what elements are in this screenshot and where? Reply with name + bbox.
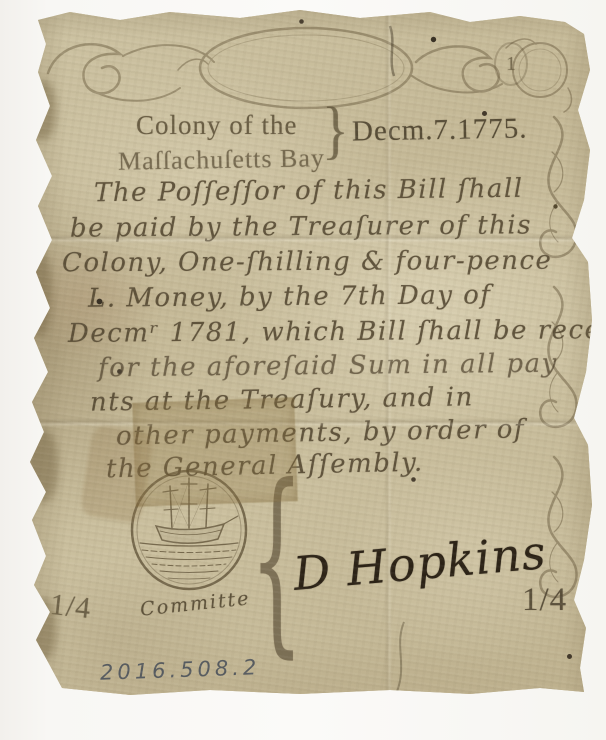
edge-wear — [28, 80, 56, 140]
fold-crease — [34, 418, 586, 427]
edge-wear — [30, 598, 56, 660]
top-right-denomination: 1 — [494, 42, 528, 86]
currency-note: 1 Colony of the Maſſachuſetts Bay } Decm… — [0, 0, 606, 740]
date-text: Decm.7.1775. — [352, 112, 528, 148]
heading-brace: } — [322, 97, 349, 166]
colony-line-2: Maſſachuſetts Bay — [118, 143, 325, 177]
edge-wear — [26, 250, 52, 336]
bill-text-line: The Poſſeſſor of this Bill ſhall — [94, 174, 524, 208]
denomination-bottom-right: 1/4 — [522, 582, 567, 619]
crease-mark — [390, 620, 410, 698]
colony-line-1: Colony of the — [136, 110, 298, 141]
signature: D Hopkins — [291, 525, 548, 601]
tape-stain — [132, 397, 298, 507]
fold-crease — [384, 14, 392, 694]
committee-label: Committe — [139, 587, 251, 620]
foxing-specks — [0, 0, 3, 3]
scan-background: 1 Colony of the Maſſachuſetts Bay } Decm… — [0, 0, 606, 740]
bill-text-line: for the aforeſaid Sum in all pay — [98, 349, 558, 384]
bill-text-line: L. Money, by the 7th Day of — [88, 280, 492, 314]
accession-number: 2016.508.2 — [100, 655, 261, 685]
bill-text-line: Colony, One-ſhilling & four-pence — [62, 246, 553, 279]
edge-wear — [28, 430, 58, 502]
bill-text-line: Decmʳ 1781, which Bill ſhall be recei — [68, 315, 606, 349]
fold-crease — [34, 234, 586, 243]
